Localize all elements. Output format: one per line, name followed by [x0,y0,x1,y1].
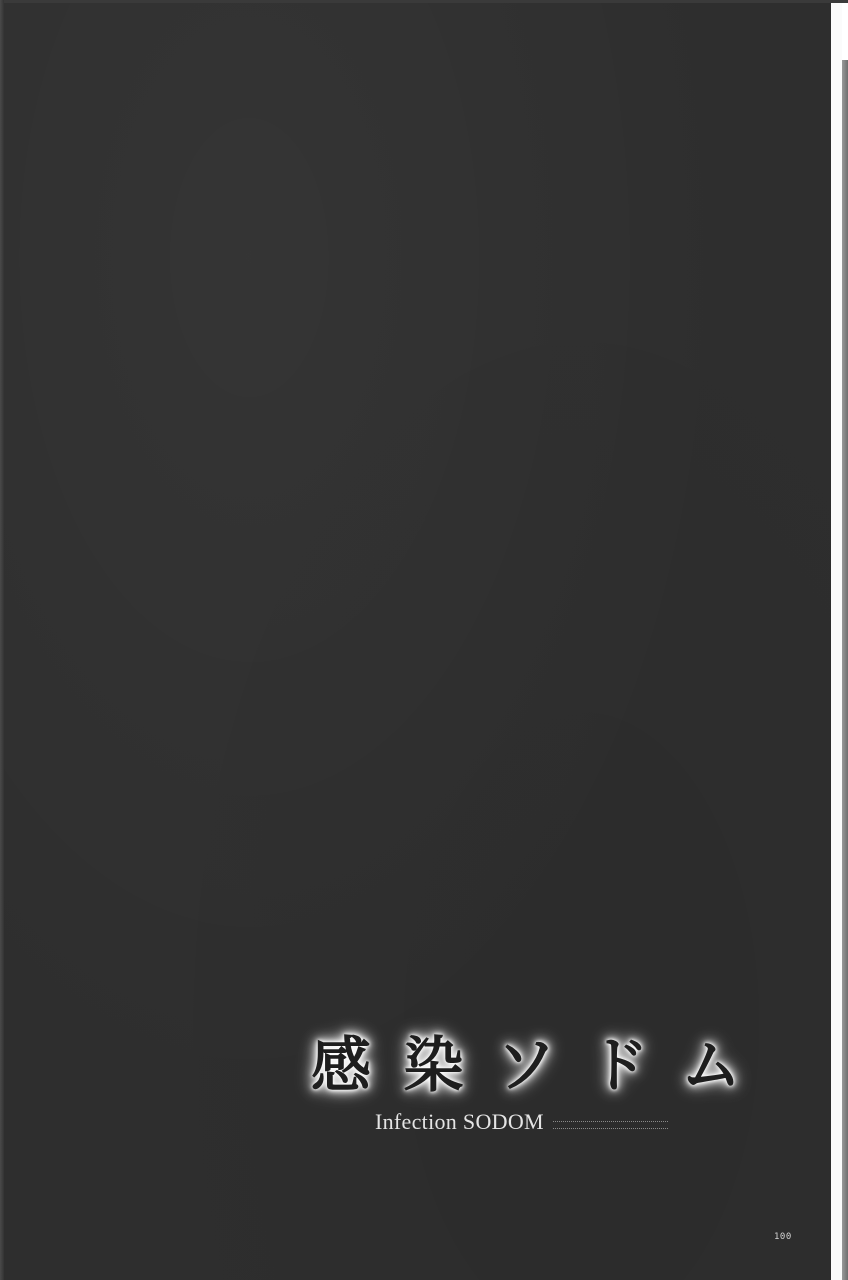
top-scan-edge [0,0,848,3]
right-page-margin [831,3,842,1280]
title-char: ソ [491,1036,561,1096]
title-char: ム [676,1036,746,1096]
title-char: 感 [306,1036,376,1096]
japanese-title: 感 染 ソ ド ム [306,1036,746,1096]
fine-print-caption [553,1116,668,1130]
book-page: 感 染 ソ ド ム Infection SODOM 100 [0,0,848,1280]
page-number: 100 [774,1232,792,1242]
title-char: 染 [399,1036,469,1096]
english-title: Infection SODOM [375,1111,544,1133]
title-char: ド [584,1036,654,1096]
right-scan-edge [842,60,848,1280]
caption-line [553,1123,668,1129]
caption-line [553,1116,668,1122]
left-scan-edge [0,0,4,1280]
